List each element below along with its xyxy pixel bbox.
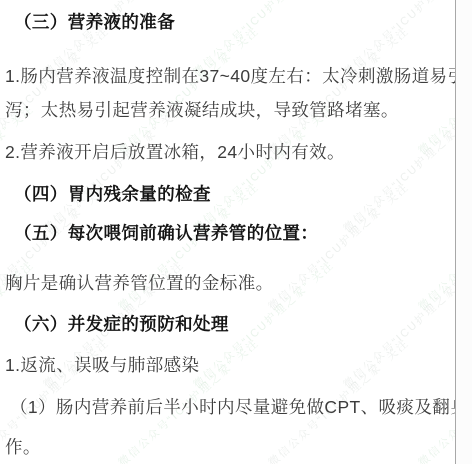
text-line: 胸片是确认营养管位置的金标准。 bbox=[5, 270, 472, 297]
document-content: （三）营养液的准备 1.肠内营养液温度控制在37~40度左右：太冷刺激肠道易引起… bbox=[0, 0, 472, 461]
text-line: 2.营养液开启后放置冰箱，24小时内有效。 bbox=[5, 139, 472, 166]
section-heading: （三）营养液的准备 bbox=[5, 9, 472, 36]
text-line: 1.返流、误吸与肺部感染 bbox=[5, 352, 472, 379]
document-page: 微信公众号“ICU护理之家” 关注微信公众号“ICU护理之家” 关注微信公众号“… bbox=[0, 0, 472, 464]
section-heading: （四）胃内残余量的检查 bbox=[5, 181, 472, 208]
text-line: （1）肠内营养前后半小时内尽量避免做CPT、吸痰及翻身等操 bbox=[5, 394, 472, 421]
text-line: 泻；太热易引起营养液凝结成块，导致管路堵塞。 bbox=[5, 97, 472, 124]
text-line: 1.肠内营养液温度控制在37~40度左右：太冷刺激肠道易引起腹 bbox=[5, 63, 472, 90]
page-right-edge bbox=[455, 0, 472, 464]
section-heading: （五）每次喂饲前确认营养管的位置： bbox=[5, 220, 472, 247]
text-line: 作。 bbox=[5, 434, 472, 461]
section-heading: （六）并发症的预防和处理 bbox=[5, 311, 472, 338]
